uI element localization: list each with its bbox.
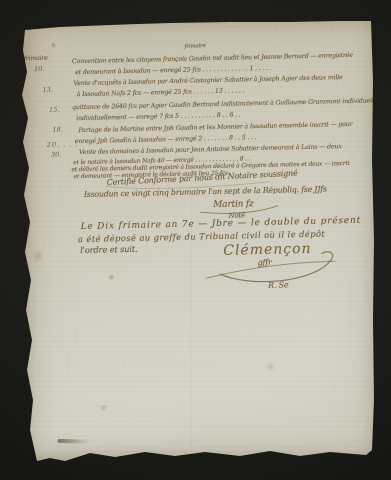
deposit-note-line: l'ordre et suit. [80, 244, 137, 255]
ledger-line: quittance de 2640 fcs par Agier Gaudin B… [72, 97, 391, 111]
margin-month-label: frimaire [24, 55, 48, 63]
smudge-mark [58, 439, 90, 444]
manuscript-content: frimaire frimaire 10. 13. 15. 18. 20. . … [16, 12, 382, 466]
ledger-line: Convention entre les citoyens françois G… [72, 52, 353, 65]
margin-date: 15. [49, 106, 60, 114]
paper-stain [99, 404, 109, 410]
ledger-line: Partage de la Martine entre Jph Gaudin e… [78, 121, 352, 134]
ledger-line: et demeurant à Issoudun — enregé 25 fcs … [75, 65, 271, 76]
ink-stain [51, 43, 57, 48]
date-line: Issoudun ce vingt cinq brumaire l'an sep… [84, 184, 327, 199]
clerk-initials: R. Se [268, 280, 289, 289]
ledger-line: enregé Jph Gaudin à Issoudun — enregé 2 … [75, 134, 257, 145]
ledger-line: Vente des domaines à Issoudun pour Jean … [79, 143, 342, 156]
paper-stain [264, 363, 277, 371]
margin-date: 13. [42, 86, 53, 94]
ledger-line: à Issoudun Nafs 2 fcs — enregé 25 fcs . … [77, 87, 245, 98]
clerk-signature: Clémençon [223, 241, 312, 259]
notary-signature: Martin fz [213, 199, 254, 210]
header-note: frimaire [185, 43, 206, 50]
margin-date: 30. [51, 150, 62, 158]
manuscript-sheet: frimaire frimaire 10. 13. 15. 18. 20. . … [20, 16, 376, 462]
ledger-line: Vente d'acquêts à Issoudun par André Cas… [73, 74, 342, 87]
ink-stain [108, 274, 115, 280]
photo-backdrop: frimaire frimaire 10. 13. 15. 18. 20. . … [0, 0, 391, 480]
ledger-line: individuellement — enregé 7 fcs 5 . . . … [76, 111, 240, 122]
clerk-title: gffr [257, 258, 271, 267]
paper-stain [33, 248, 43, 264]
margin-date: 18. [52, 125, 63, 133]
margin-date: 10. [34, 65, 45, 73]
